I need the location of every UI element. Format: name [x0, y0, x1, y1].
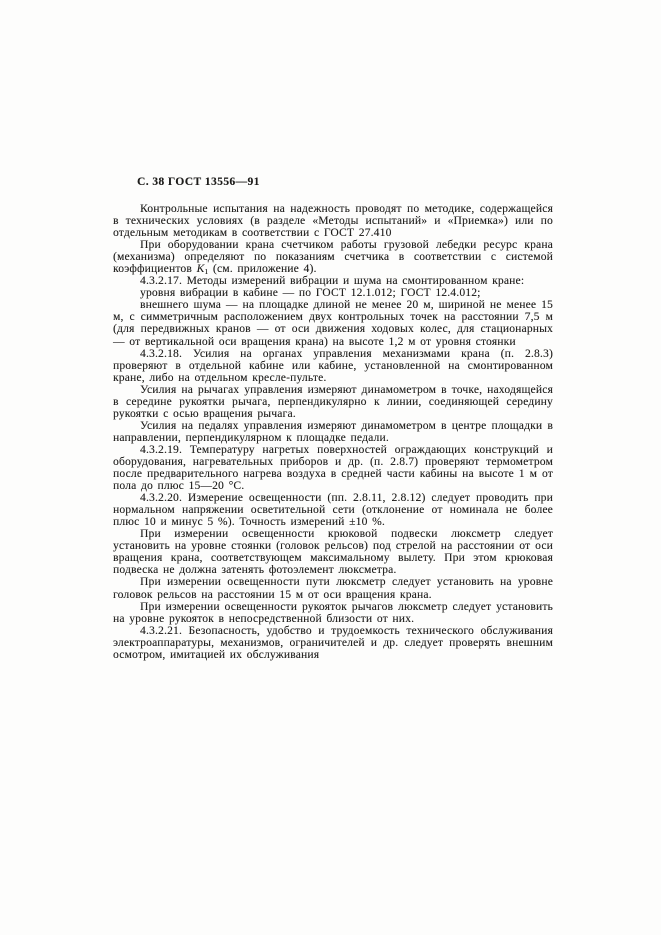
- paragraph-lever-forces: Усилия на рычагах управления измеряют ди…: [113, 384, 553, 420]
- paragraph-pedal-forces: Усилия на педалях управления измеряют ди…: [113, 420, 553, 444]
- paragraph-counter-resource-text-before: При оборудовании крана счетчиком работы …: [113, 239, 553, 275]
- item-vibration-level: уровня вибрации в кабине — по ГОСТ 12.1.…: [113, 287, 553, 299]
- clause-4-3-2-21: 4.3.2.21. Безопасность, удобство и трудо…: [113, 625, 553, 661]
- paragraph-handle-illumination: При измерении освещенности рукояток рыча…: [113, 601, 553, 625]
- clause-4-3-2-17: 4.3.2.17. Методы измерений вибрации и шу…: [113, 275, 553, 287]
- text-block: С. 38 ГОСТ 13556—91 Контрольные испытани…: [113, 176, 553, 661]
- paragraph-reliability-tests: Контрольные испытания на надежность пров…: [113, 203, 553, 239]
- document-page: С. 38 ГОСТ 13556—91 Контрольные испытани…: [0, 0, 661, 935]
- paragraph-hook-illumination: При измерении освещенности крюковой подв…: [113, 528, 553, 576]
- item-external-noise: внешнего шума — на площадке длиной не ме…: [113, 299, 553, 347]
- clause-4-3-2-18: 4.3.2.18. Усилия на органах управления м…: [113, 348, 553, 384]
- clause-4-3-2-19: 4.3.2.19. Температуру нагретых поверхнос…: [113, 444, 553, 492]
- page-header: С. 38 ГОСТ 13556—91: [137, 176, 553, 188]
- paragraph-counter-resource: При оборудовании крана счетчиком работы …: [113, 239, 553, 275]
- body-text: Контрольные испытания на надежность пров…: [113, 203, 553, 661]
- paragraph-counter-resource-text-after: (см. приложение 4).: [208, 263, 316, 275]
- paragraph-track-illumination: При измерении освещенности пути люксметр…: [113, 576, 553, 600]
- clause-4-3-2-20: 4.3.2.20. Измерение освещенности (пп. 2.…: [113, 492, 553, 528]
